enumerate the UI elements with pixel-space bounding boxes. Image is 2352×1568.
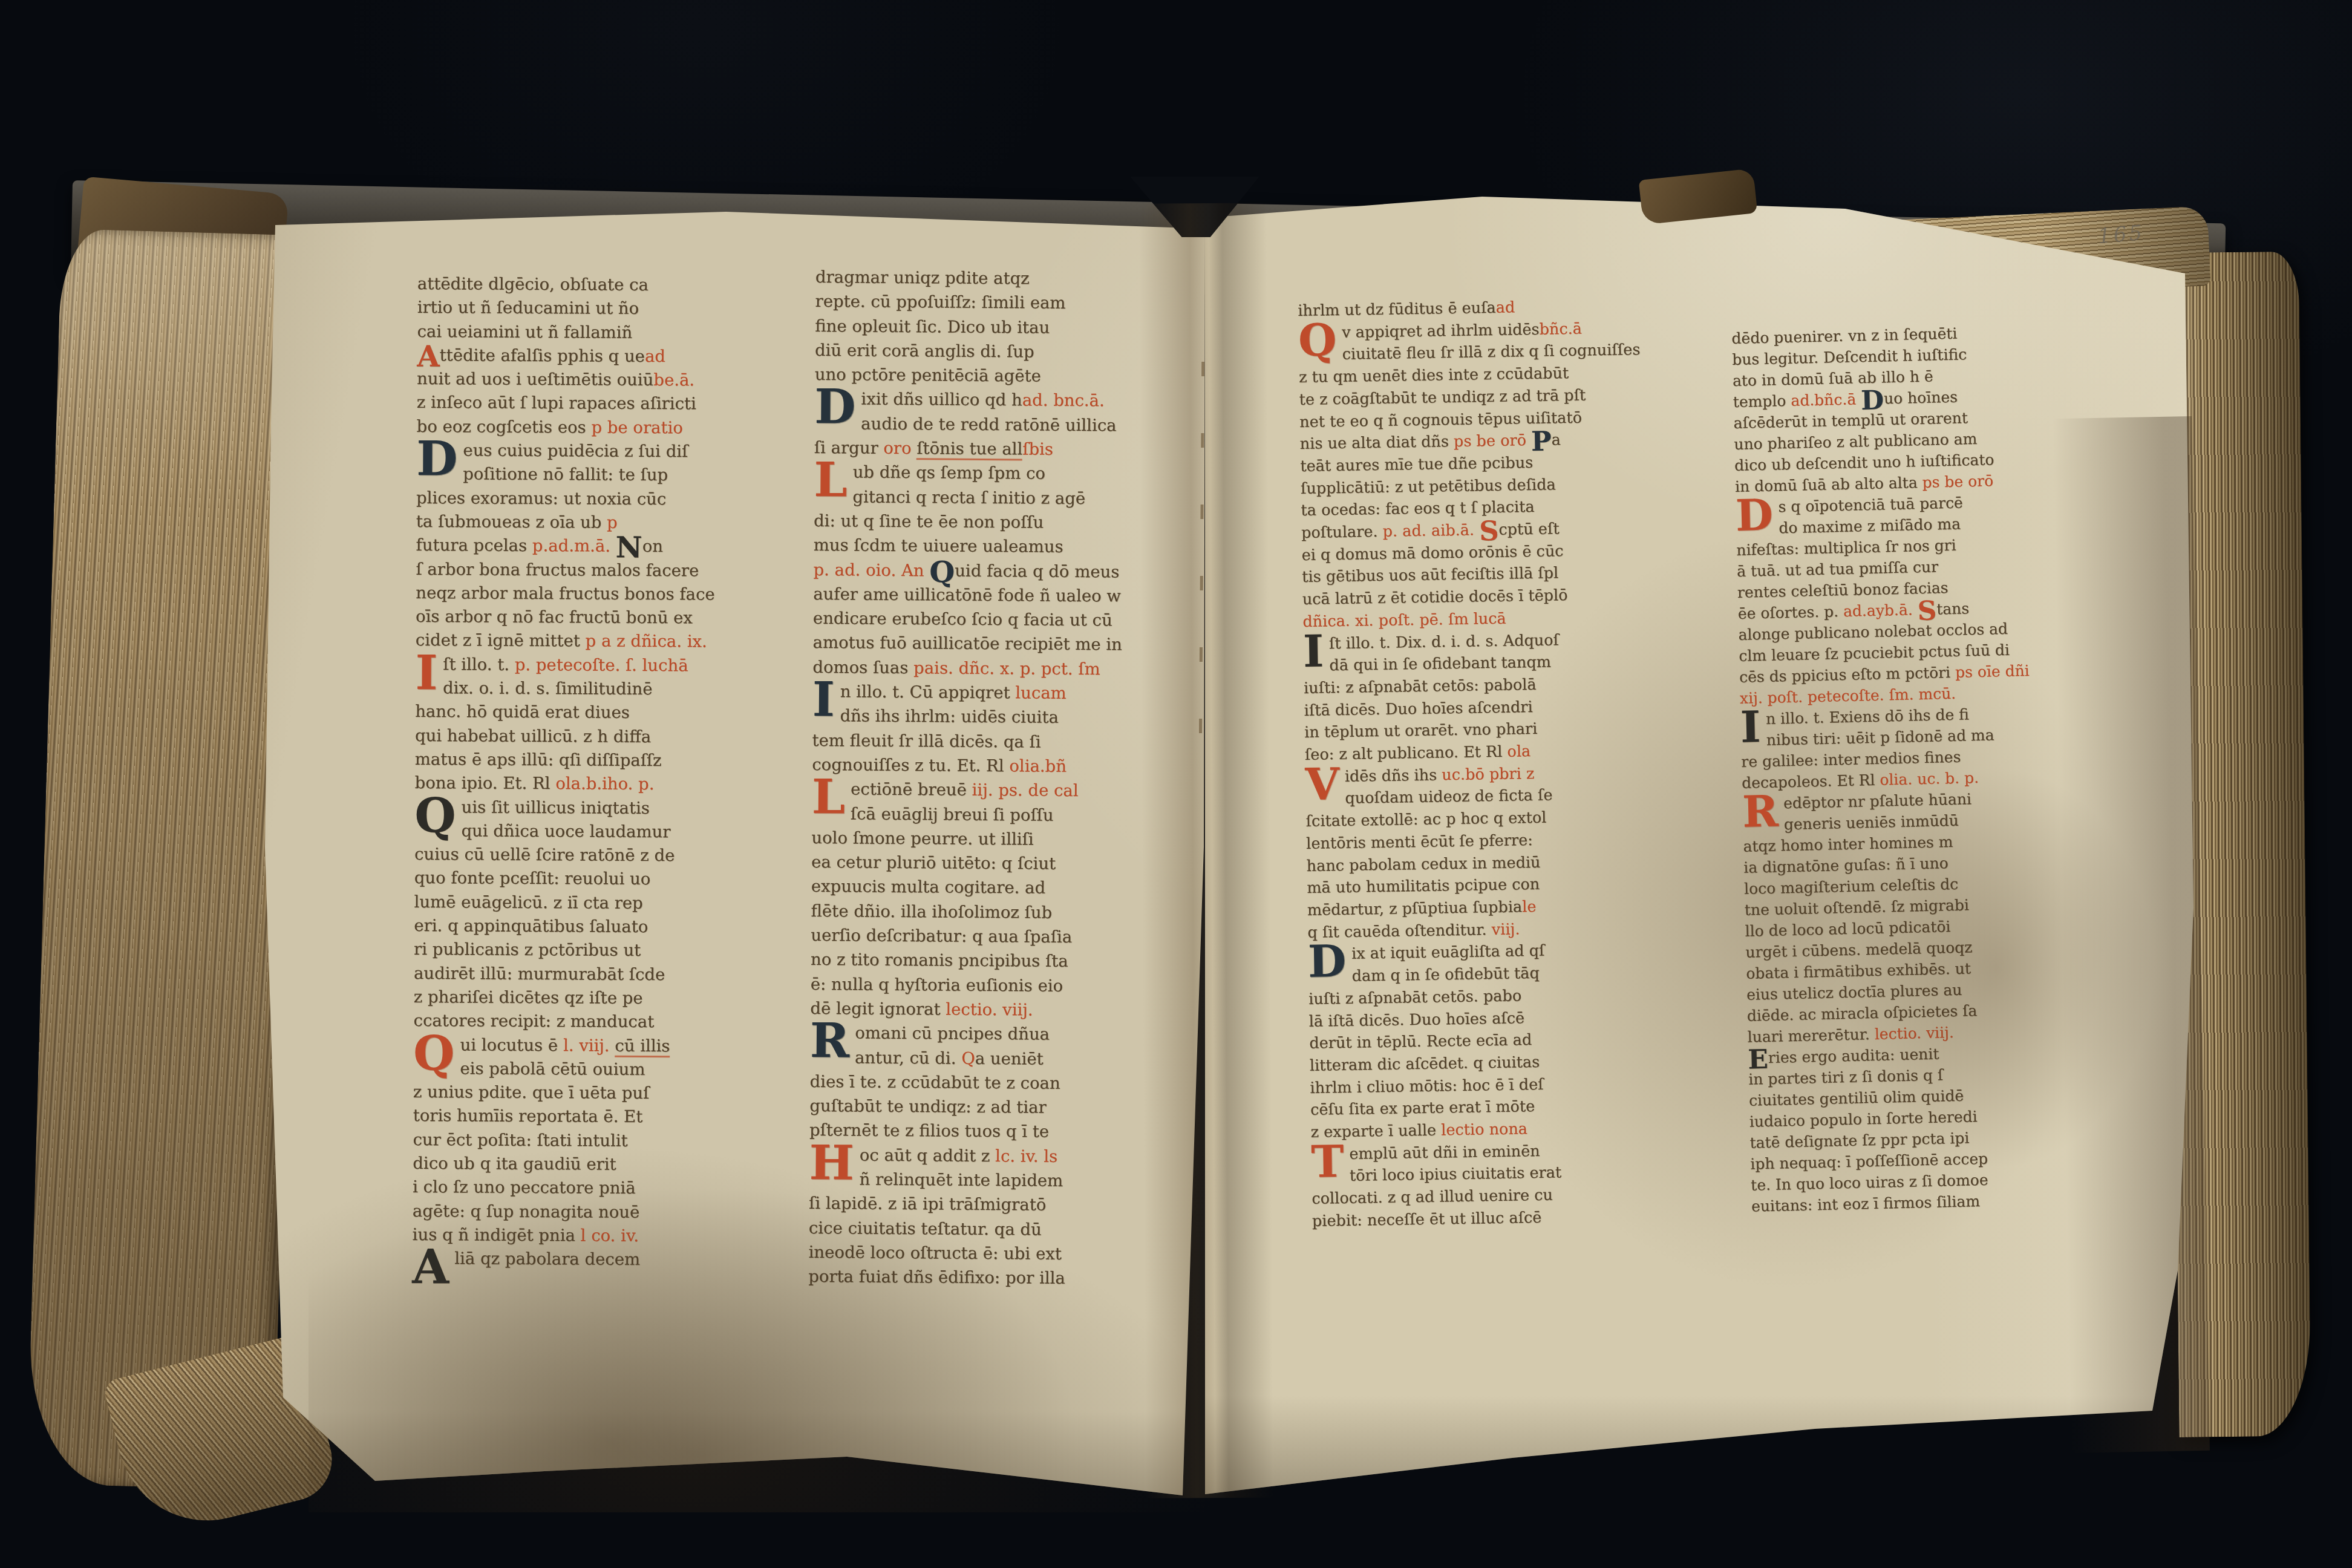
rubric-text: be.ā. bbox=[653, 370, 694, 390]
text-line: cidet z ī ignē mittet p a z dñica. ix. bbox=[416, 629, 808, 655]
body-text: eus cuius puidēcia z ſui diſ bbox=[463, 440, 688, 461]
body-text: dēdo puenirer. vn z in ſequēti bbox=[1731, 325, 1958, 347]
illuminated-initial: Q bbox=[413, 1033, 460, 1072]
text-line: matus ē aps illū: qſi diſſipaſſz bbox=[415, 748, 807, 774]
body-text: di: ut q ſine te ēe non poſſu bbox=[814, 511, 1044, 532]
body-text: expuucis multa cogitare. ad bbox=[811, 877, 1046, 898]
rubric-text: p.ad.m.ā. bbox=[532, 536, 616, 556]
text-line: attēdite dlgēcio, obſuate ca bbox=[417, 272, 809, 298]
rubric-text: dñica. xi. poſt. pē. ſm lucā bbox=[1302, 609, 1506, 630]
body-text: tōri loco ipius ciuitatis erat bbox=[1350, 1164, 1562, 1185]
rubric-text: lucam bbox=[1015, 683, 1067, 703]
body-text: dragmar uniqz pdite atqz bbox=[815, 267, 1030, 288]
text-line: plices exoramus: ut noxia cūc bbox=[416, 486, 808, 512]
rubric-text: ps be orō bbox=[1454, 431, 1532, 451]
illuminated-initial: I bbox=[1303, 633, 1330, 669]
illuminated-initial: L bbox=[812, 777, 851, 816]
body-text: flēte dñio. illa ihoſolimoz ſub bbox=[811, 901, 1052, 923]
rubric-text: Q bbox=[961, 1048, 975, 1068]
body-text: bus legitur. Deſcendit h iuſtific bbox=[1732, 345, 1967, 368]
rubric-text: p bbox=[607, 513, 618, 532]
body-text: ccatores recipit: z manducat bbox=[413, 1011, 654, 1031]
illuminated-initial: D bbox=[1308, 943, 1352, 980]
body-text: on bbox=[642, 537, 663, 556]
text-line: nuit ad uos i ueſtimētis ouiūbe.ā. bbox=[417, 367, 809, 393]
rubric-text: bñc.ā bbox=[1539, 319, 1582, 338]
illuminated-initial: Q bbox=[414, 795, 462, 835]
text-line: qui dñica uoce laudamur bbox=[414, 819, 806, 845]
rubric-text: p a z dñica. ix. bbox=[586, 632, 707, 652]
body-text: gitanci q recta ſ initio z agē bbox=[852, 487, 1085, 508]
body-text: ſt illo. t. bbox=[443, 655, 515, 675]
illuminated-initial: I bbox=[812, 679, 840, 718]
body-text: ato in domū ſuā ab illo h ē bbox=[1733, 367, 1933, 390]
body-text: tans bbox=[1936, 599, 1970, 618]
shadow-right-page-edge bbox=[2053, 416, 2210, 1453]
body-text: iuſti z aſpnabāt cetōs. pabo bbox=[1308, 987, 1521, 1008]
body-text: neqz arbor mala fructus bonos face bbox=[416, 583, 715, 604]
text-line: toris humīis reportata ē. Et bbox=[413, 1104, 805, 1130]
body-text: hanc pabolam cedux in mediū bbox=[1306, 853, 1540, 875]
body-text: cuius cū uellē ſcire ratōnē z de bbox=[414, 844, 675, 865]
body-text: amotus fuō auillicatōe recipiēt me in bbox=[813, 633, 1122, 655]
rubric-text: ps oīe dñi bbox=[1955, 662, 2030, 681]
body-text: aufer ame uillicatōnē fode ñ ualeo w bbox=[813, 584, 1121, 606]
body-text: a ueniēt bbox=[975, 1048, 1044, 1068]
text-line: eis pabolā cētū ouium bbox=[413, 1057, 805, 1083]
body-text: diū erit corā anglis di. ſup bbox=[815, 341, 1034, 362]
text-line: oīs arbor q nō fac fructū bonū ex bbox=[416, 605, 808, 631]
manuscript-photo: attēdite dlgēcio, obſuate cairtio ut ñ ſ… bbox=[0, 0, 2352, 1568]
body-text: cur ēct poſita: ſtati intulit bbox=[413, 1130, 627, 1151]
body-text: uno pctōre penitēciā agēte bbox=[815, 365, 1041, 386]
body-text: aſcēderūt in templū ut orarent bbox=[1733, 409, 1968, 432]
body-text: ſ arbor bona fructus malos facere bbox=[416, 560, 699, 580]
body-text: collocati. z q ad illud uenire cu bbox=[1312, 1186, 1553, 1208]
body-text: hanc. hō quidā erat diues bbox=[415, 702, 630, 722]
illuminated-initial: H bbox=[809, 1143, 859, 1182]
illuminated-initial: R bbox=[1742, 792, 1784, 829]
rubric-text: ad.ayb.ā. bbox=[1843, 601, 1918, 620]
body-text: ttēdite afalſis pphis q ue bbox=[440, 345, 645, 366]
body-text: ri publicanis z pctōribus ut bbox=[414, 939, 641, 960]
illuminated-initial: T bbox=[1311, 1143, 1350, 1180]
body-text: uolo ſmone peurre. ut illiſi bbox=[811, 828, 1033, 849]
body-text: cidet z ī ignē mittet bbox=[416, 630, 586, 650]
body-text: audio de te redd ratōnē uillica bbox=[861, 414, 1117, 435]
body-text: plices exoramus: ut noxia cūc bbox=[416, 488, 666, 509]
body-text: quo fonte pceſſit: reuolui uo bbox=[414, 868, 651, 889]
text-line: lumē euāgelicū. z iī cta rep bbox=[414, 890, 806, 916]
body-text: poſtulare. bbox=[1301, 523, 1383, 542]
rubric-text: uc.bō pbri z bbox=[1442, 765, 1535, 784]
body-text: piebit: neceſſe ēt ut illuc aſcē bbox=[1312, 1209, 1542, 1230]
body-text: pſternēt te z filios tuos q ī te bbox=[809, 1120, 1049, 1142]
rubric-text: iij. ps. de cal bbox=[972, 780, 1079, 800]
illuminated-initial: D bbox=[814, 387, 861, 426]
body-text: ihrlm i cliuo mōtis: hoc ē ī deſ bbox=[1310, 1075, 1544, 1097]
body-text: dē legit ignorat bbox=[810, 999, 946, 1019]
text-line: Qui locutus ē l. viij. cū illis bbox=[413, 1033, 805, 1059]
rubric-text: p be oratio bbox=[591, 417, 683, 437]
text-line: dico ub q ita gaudiū erit bbox=[413, 1152, 805, 1178]
body-text: v appiqret ad ihrlm uidēs bbox=[1342, 320, 1540, 341]
rubric-text: p. ad. aib.ā. bbox=[1382, 521, 1479, 541]
body-text: audirēt illū: murmurabāt ſcde bbox=[414, 964, 665, 984]
body-text: eis pabolā cētū ouium bbox=[460, 1059, 645, 1079]
body-text: irtio ut ñ ſeducamini ut ño bbox=[417, 298, 639, 318]
text-line: neqz arbor mala fructus bonos face bbox=[416, 581, 808, 607]
body-text: omani cū pncipes dñua bbox=[855, 1024, 1050, 1044]
body-text: n illo. t. Cū appiqret bbox=[840, 682, 1016, 702]
body-text: ſupplicātiū: z ut petētibus deſida bbox=[1301, 475, 1556, 498]
body-text: cptū eſt bbox=[1498, 520, 1560, 539]
text-line: ri publicanis z pctōribus ut bbox=[414, 938, 806, 964]
body-text: z inſeco aūt ſ lupi rapaces aſiricti bbox=[417, 393, 696, 413]
body-text: toris humīis reportata ē. Et bbox=[413, 1106, 643, 1126]
body-text: mā uto humilitatis pcipue con bbox=[1307, 875, 1540, 897]
body-text: ta ſubmoueas z oīa ub bbox=[416, 512, 607, 532]
body-text: z exparte ī ualle bbox=[1310, 1121, 1441, 1141]
body-text: poſitione nō fallit: te ſup bbox=[463, 465, 668, 485]
body-text: q ſit cauēda oſtenditur. bbox=[1307, 921, 1492, 942]
text-line: Iſt illo. t. p. petecoſte. ſ. luchā bbox=[416, 653, 808, 679]
body-text: in tēplum ut orarēt. vno phari bbox=[1304, 720, 1537, 742]
body-text: quoſdam uideoz de ficta ſe bbox=[1345, 786, 1553, 808]
body-text: endicare erubeſco ſcio q facia ut cū bbox=[813, 609, 1112, 630]
rubric-text: ad bbox=[1495, 298, 1515, 316]
body-text: cū illis bbox=[615, 1036, 670, 1057]
rubric-text: pais. dñc. x. p. pct. ſm bbox=[913, 658, 1100, 679]
body-text: ea cetur pluriō uitēto: q ſciut bbox=[811, 852, 1056, 874]
body-text: ſt illo. t. Dix. d. i. d. s. Adquoſ bbox=[1329, 631, 1559, 653]
body-text: futura pcelas bbox=[416, 535, 532, 555]
text-line: z inſeco aūt ſ lupi rapaces aſiricti bbox=[417, 391, 809, 417]
body-text: ciuitatē fleu ſr illā z dix q ſi cognuiſ… bbox=[1342, 341, 1640, 364]
body-text: guſtabūt te undiqz: z ad tiar bbox=[809, 1096, 1047, 1117]
body-text: lentōris menti ēcūt ſe pferre: bbox=[1306, 831, 1533, 853]
body-text: domos ſuas bbox=[812, 658, 913, 678]
body-text: uis ſit uillicus iniqtatis bbox=[462, 797, 650, 818]
right-page-column-1: ihrlm ut dz fūditus ē euſaadQv appiqret … bbox=[1298, 293, 1721, 1232]
body-text: ub dñe qs ſemp ſpm co bbox=[853, 463, 1045, 483]
body-text: ui locutus ē bbox=[460, 1035, 563, 1055]
body-text: oīs arbor q nō fac fructū bonū ex bbox=[416, 607, 693, 627]
rubric-text: lc. iv. ls bbox=[995, 1146, 1057, 1166]
text-line: cur ēct poſita: ſtati intulit bbox=[413, 1128, 805, 1154]
text-line: qui habebat uillicū. z h diffa bbox=[415, 724, 807, 750]
body-text: nuit ad uos i ueſtimētis ouiū bbox=[417, 369, 653, 390]
body-text: dico ub q ita gaudiū erit bbox=[413, 1154, 616, 1174]
rubric-text: p. ad. oio. An bbox=[813, 560, 929, 580]
body-text: emplū aūt dñi in eminēn bbox=[1349, 1142, 1540, 1163]
text-line: Deus cuius puidēcia z ſui diſ bbox=[416, 439, 808, 465]
body-text: te z coāgſtabūt te undiqz z ad trā pſt bbox=[1299, 386, 1586, 408]
body-text: nifeſtas: multiplica ſr nos gri bbox=[1736, 537, 1956, 559]
body-text: idēs dñs ihs bbox=[1345, 766, 1442, 786]
illuminated-initial: D bbox=[1735, 496, 1779, 532]
body-text: cognouiſſes z tu. Et. Rl bbox=[812, 755, 1009, 776]
text-line: quo fonte pceſſit: reuolui uo bbox=[414, 866, 806, 892]
text-line: poſitione nō fallit: te ſup bbox=[416, 462, 808, 488]
rubric-text: ola bbox=[1507, 742, 1530, 761]
body-text: ectiōnē breuē bbox=[851, 780, 972, 800]
body-text: matus ē aps illū: qſi diſſipaſſz bbox=[415, 750, 662, 770]
body-text: ē: nulla q hyſtoria euſionis eio bbox=[811, 975, 1063, 996]
body-text: ſtōnis tue all bbox=[916, 439, 1022, 460]
body-text: tis gētibus uos aūt feciſtis illā ſpl bbox=[1302, 564, 1558, 587]
text-line: Quis ſit uillicus iniqtatis bbox=[414, 795, 806, 822]
body-text: ſcā euāglij breui ſi poſſu bbox=[851, 804, 1054, 825]
body-text: ēe oſortes. p. bbox=[1737, 603, 1843, 622]
left-page-column-1: attēdite dlgēcio, obſuate cairtio ut ñ ſ… bbox=[412, 272, 809, 1288]
body-text: qui dñica uoce laudamur bbox=[461, 821, 670, 841]
body-text: derūt in tēplū. Recte ecīa ad bbox=[1309, 1031, 1532, 1053]
text-line: z phariſei dicētes qz iſte pe bbox=[414, 985, 806, 1011]
folio-number: 165 bbox=[2097, 221, 2145, 249]
body-text: qui habebat uillicū. z h diffa bbox=[415, 726, 651, 746]
rubric-text: viij. bbox=[1491, 920, 1520, 939]
body-text: fine opleuit ſic. Dico ub itau bbox=[815, 316, 1050, 338]
body-text: uerſio deſcribatur: q aua ſpaſia bbox=[811, 926, 1072, 947]
body-text: antur, cū di. bbox=[855, 1048, 961, 1068]
illuminated-initial: Q bbox=[1298, 322, 1342, 359]
text-line: audirēt illū: murmurabāt ſcde bbox=[414, 962, 806, 988]
body-text: ſeo: z alt publicano. Et Rl bbox=[1305, 743, 1508, 764]
illuminated-initial: I bbox=[415, 653, 443, 691]
body-text: lā iſtā dicēs. Duo hoīes aſcē bbox=[1308, 1009, 1524, 1031]
shadow-left-page-bottom bbox=[309, 1186, 1228, 1512]
text-line: cuius cū uellē ſcire ratōnē z de bbox=[414, 843, 806, 869]
body-text: s q oīpotenciā tuā parcē bbox=[1778, 494, 1963, 515]
body-text: cēs ds ppicius eſto m pctōri bbox=[1739, 664, 1956, 686]
illuminated-initial: L bbox=[814, 460, 853, 499]
body-text: a bbox=[1551, 431, 1561, 449]
body-text: ixit dñs uillico qd h bbox=[861, 390, 1022, 410]
body-text: dix. o. i. d. s. ſimilitudinē bbox=[443, 678, 653, 699]
body-text: teāt aures mīe tue dñe pcibus bbox=[1300, 454, 1533, 475]
rubric-text: ſbis bbox=[1022, 439, 1053, 459]
illuminated-initial: R bbox=[810, 1021, 855, 1060]
body-text: mus ſcdm te uiuere ualeamus bbox=[814, 535, 1063, 557]
body-text: dam q in ſe ofidebūt tāq bbox=[1351, 964, 1540, 985]
body-text: nis ue alta diat dñs bbox=[1300, 433, 1454, 453]
body-text: dñs ihs ihrlm: uidēs ciuita bbox=[840, 707, 1059, 728]
body-text: lumē euāgelicū. z iī cta rep bbox=[414, 892, 642, 913]
body-text: eri. q appinquātibus ſaluato bbox=[414, 916, 648, 936]
illuminated-initial: D bbox=[416, 439, 463, 478]
body-text: ſcitate extollē: ac p hoc q extol bbox=[1305, 809, 1546, 831]
body-text: do maxime z miſādo ma bbox=[1779, 515, 1961, 537]
rubric-text: ola.b.iho. p. bbox=[555, 774, 654, 794]
body-text: templo bbox=[1733, 392, 1791, 411]
rubric-text: le bbox=[1522, 898, 1537, 916]
body-text: ſi argur bbox=[814, 438, 884, 458]
text-line: dix. o. i. d. s. ſimilitudinē bbox=[415, 676, 807, 702]
body-text: z tu qm uenēt dies inte z ccūdabūt bbox=[1299, 364, 1569, 387]
rubric-text: ad bbox=[645, 347, 665, 366]
body-text: uo hoīnes bbox=[1884, 388, 1958, 408]
body-text: cai ueiamini ut ñ fallamiñ bbox=[417, 322, 632, 342]
rubric-text: ps be orō bbox=[1922, 472, 1993, 491]
text-line: ta ſubmoueas z oīa ub p bbox=[416, 510, 808, 536]
illuminated-initial: V bbox=[1305, 766, 1345, 803]
body-text: uid facia q dō meus bbox=[955, 561, 1119, 581]
capital-letter: P bbox=[1531, 425, 1552, 458]
body-text: oc aūt q addit z bbox=[860, 1145, 996, 1166]
text-line: ccatores recipit: z manducat bbox=[413, 1009, 805, 1035]
text-line: Attēdite afalſis pphis q uead bbox=[417, 344, 809, 370]
text-line: ſ arbor bona fructus malos facere bbox=[416, 558, 808, 584]
text-line: bo eoz cogſcetis eos p be oratio bbox=[417, 415, 809, 441]
body-text: ihrlm ut dz fūditus ē euſa bbox=[1298, 299, 1496, 320]
body-text: dies ī te. z ccūdabūt te z coan bbox=[809, 1072, 1060, 1093]
body-text: ei q domus mā domo orōnis ē cūc bbox=[1301, 542, 1563, 564]
body-text: litteram dic aſcēdet. q ciuitas bbox=[1310, 1053, 1540, 1075]
rubric-text: ad.bñc.ā bbox=[1791, 390, 1861, 410]
text-line: irtio ut ñ ſeducamini ut ño bbox=[417, 296, 809, 322]
body-text: bo eoz cogſcetis eos bbox=[417, 417, 592, 437]
body-text: iuſti: z aſpnabāt cetōs: pabolā bbox=[1304, 676, 1537, 697]
illuminated-initial: I bbox=[1740, 708, 1766, 745]
body-text: ix at iquit euāgliſta ad qſ bbox=[1351, 942, 1545, 963]
text-line: bona ipio. Et. Rl ola.b.iho. p. bbox=[414, 771, 806, 797]
body-text: z phariſei dicētes qz iſte pe bbox=[414, 987, 643, 1008]
text-line: eri. q appinquātibus ſaluato bbox=[414, 914, 806, 940]
body-text: iſtā dicēs. Duo hoīes aſcendri bbox=[1304, 698, 1532, 720]
body-text: dā qui in ſe ofidebant tanqm bbox=[1329, 653, 1551, 675]
body-text: bona ipio. Et. Rl bbox=[414, 773, 555, 793]
body-text: mēdartur, z pſūptiua ſupbia bbox=[1307, 898, 1523, 920]
body-text: ucā latrū z ēt cotidie docēs ī tēplō bbox=[1302, 586, 1568, 609]
body-text: attēdite dlgēcio, obſuate ca bbox=[417, 274, 648, 295]
text-line: futura pcelas p.ad.m.ā. Non bbox=[416, 534, 808, 560]
text-line: hanc. hō quidā erat diues bbox=[415, 700, 807, 726]
rubric-text: lectio. viij. bbox=[946, 999, 1033, 1019]
rubric-text: olia.bñ bbox=[1009, 756, 1067, 776]
body-text: tem fleuit ſr illā dicēs. qa ſi bbox=[812, 731, 1040, 752]
rubric-text: lectio nona bbox=[1441, 1120, 1527, 1139]
text-line: z unius pdite. que ī uēta puſ bbox=[413, 1080, 805, 1106]
body-text: no z tito romanis pncipibus ſta bbox=[811, 950, 1068, 971]
body-text: cēſu ſita ex parte erat ī mōte bbox=[1310, 1097, 1535, 1119]
rubric-text: l. viij. bbox=[563, 1036, 615, 1055]
body-text: repte. cū ppoſuiſſz: ſimili eam bbox=[815, 292, 1065, 313]
text-line: cai ueiamini ut ñ fallamiñ bbox=[417, 320, 809, 346]
rubric-text: p. petecoſte. ſ. luchā bbox=[515, 655, 688, 676]
body-text: ā tuā. ut ad tua pmiſſa cur bbox=[1737, 558, 1938, 580]
body-text: ta ocedas: fac eos q t ſ placita bbox=[1301, 498, 1535, 520]
body-text: in domū ſuā ab alto alta bbox=[1735, 474, 1922, 495]
rubric-text: ad. bnc.ā. bbox=[1022, 391, 1105, 411]
rubric-text: oro bbox=[883, 439, 916, 458]
body-text: z unius pdite. que ī uēta puſ bbox=[413, 1082, 650, 1103]
